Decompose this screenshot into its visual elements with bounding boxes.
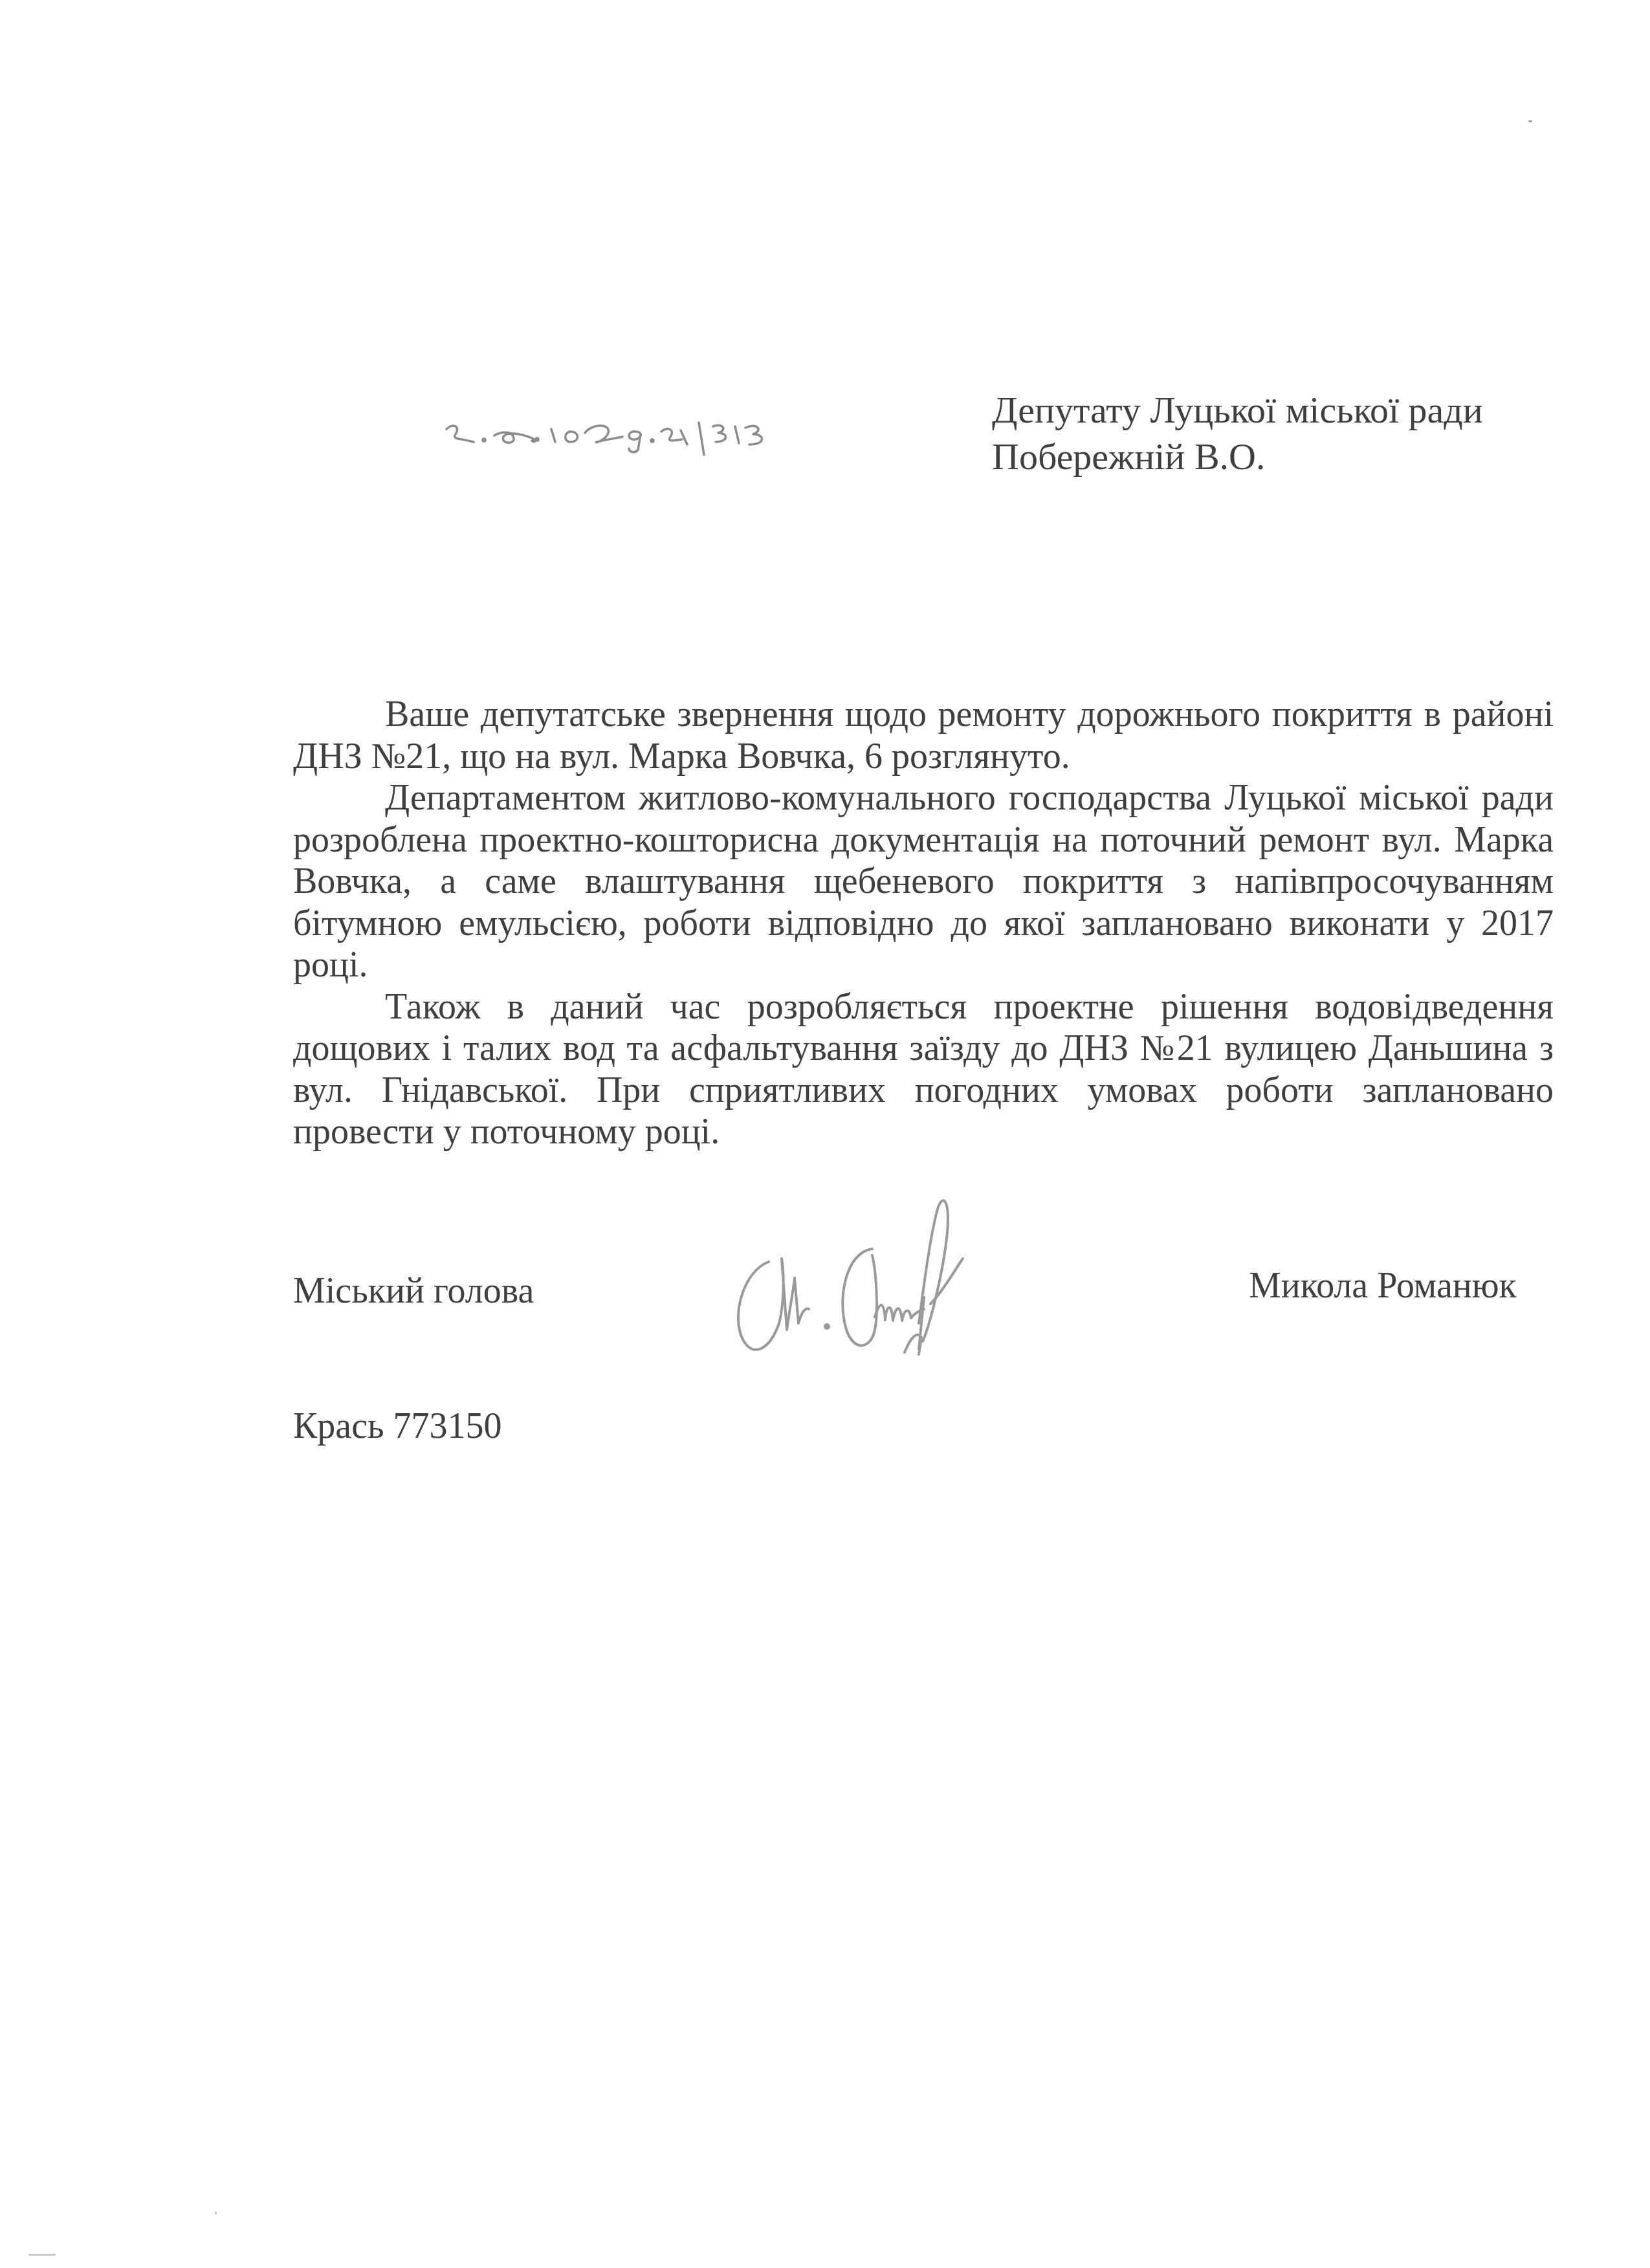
addressee-line-2: Побережній В.О. (992, 434, 1483, 480)
letter-page: Депутату Луцької міської ради Побережній… (0, 0, 1650, 2268)
body-paragraph-2: Департаментом житлово-комунального госпо… (293, 777, 1554, 986)
body-paragraph-3: Також в даний час розробляється проектне… (293, 986, 1554, 1153)
signatory-title: Міський голова (293, 1265, 534, 1317)
scan-speck (28, 2254, 56, 2256)
addressee-line-1: Депутату Луцької міської ради (992, 387, 1483, 434)
signatory-name: Микола Романюк (1249, 1260, 1517, 1312)
scan-speck (1528, 120, 1532, 122)
scan-speck (215, 2212, 217, 2214)
body-paragraph-1: Ваше депутатське звернення щодо ремонту … (293, 694, 1554, 777)
signature-icon (717, 1194, 1105, 1362)
letter-body: Ваше депутатське звернення щодо ремонту … (293, 694, 1554, 1153)
handwriting-icon (441, 404, 804, 463)
addressee-block: Депутату Луцької міської ради Побережній… (992, 387, 1483, 480)
handwritten-signature (717, 1194, 1105, 1362)
executor-contact: Крась 773150 (293, 1403, 502, 1449)
handwritten-reference-number (441, 404, 804, 463)
